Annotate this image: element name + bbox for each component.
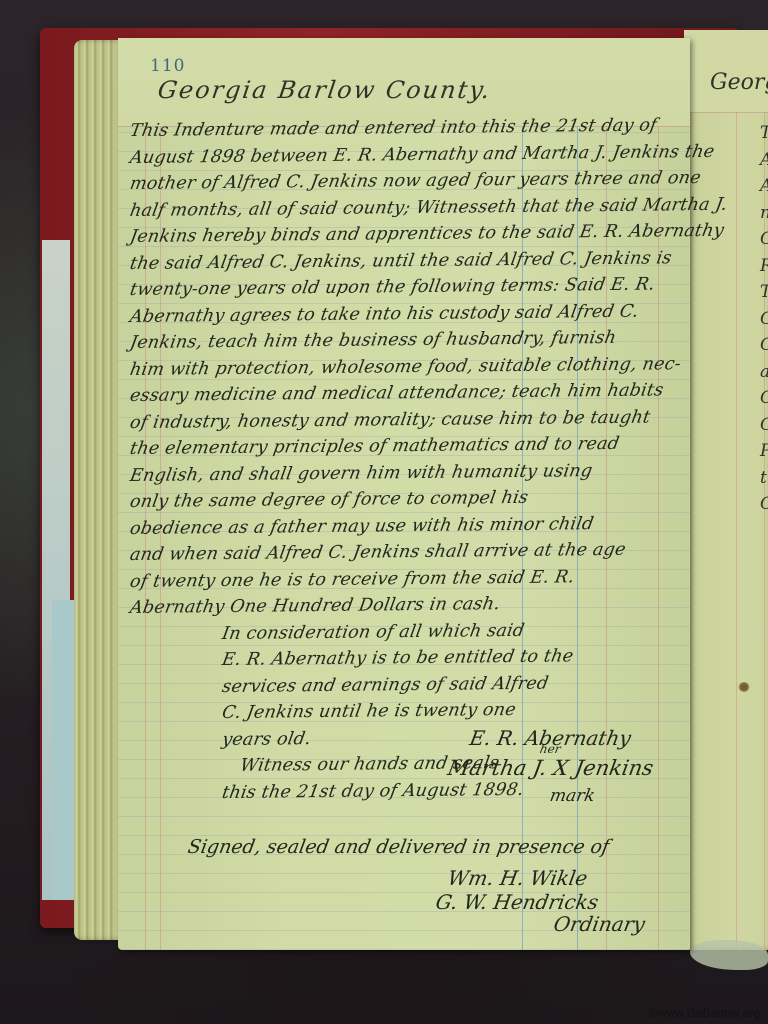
page-heading: Georgia Barlow County.	[156, 76, 493, 104]
facing-page-margin-line	[736, 112, 737, 950]
signature-her-label: her	[539, 742, 562, 756]
witness-title-ordinary: Ordinary	[552, 912, 647, 936]
endpaper	[52, 600, 74, 900]
ink-blot	[738, 682, 750, 692]
witness-signature-hendricks: G. W. Hendricks	[434, 890, 600, 914]
facing-page-heading: Georg	[710, 70, 768, 95]
attestation-line: Signed, sealed and delivered in presence…	[186, 836, 611, 858]
copyright-watermark: ©www.GaBartow.org	[649, 1006, 760, 1020]
signature-mark-label: mark	[548, 786, 596, 806]
witness-signature-wikle: Wm. H. Wikle	[446, 866, 590, 890]
indenture-text: This Indenture made and entered into thi…	[130, 118, 678, 807]
signature-jenkins: Martha J. X Jenkins	[446, 756, 655, 780]
facing-page-text-edge: T A A n C R T O C a C C P t C	[760, 120, 768, 518]
page-number: 110	[150, 56, 185, 76]
ledger-page: 110 Georgia Barlow County. This Indentur…	[118, 38, 690, 950]
facing-page-header-rule	[684, 112, 768, 113]
